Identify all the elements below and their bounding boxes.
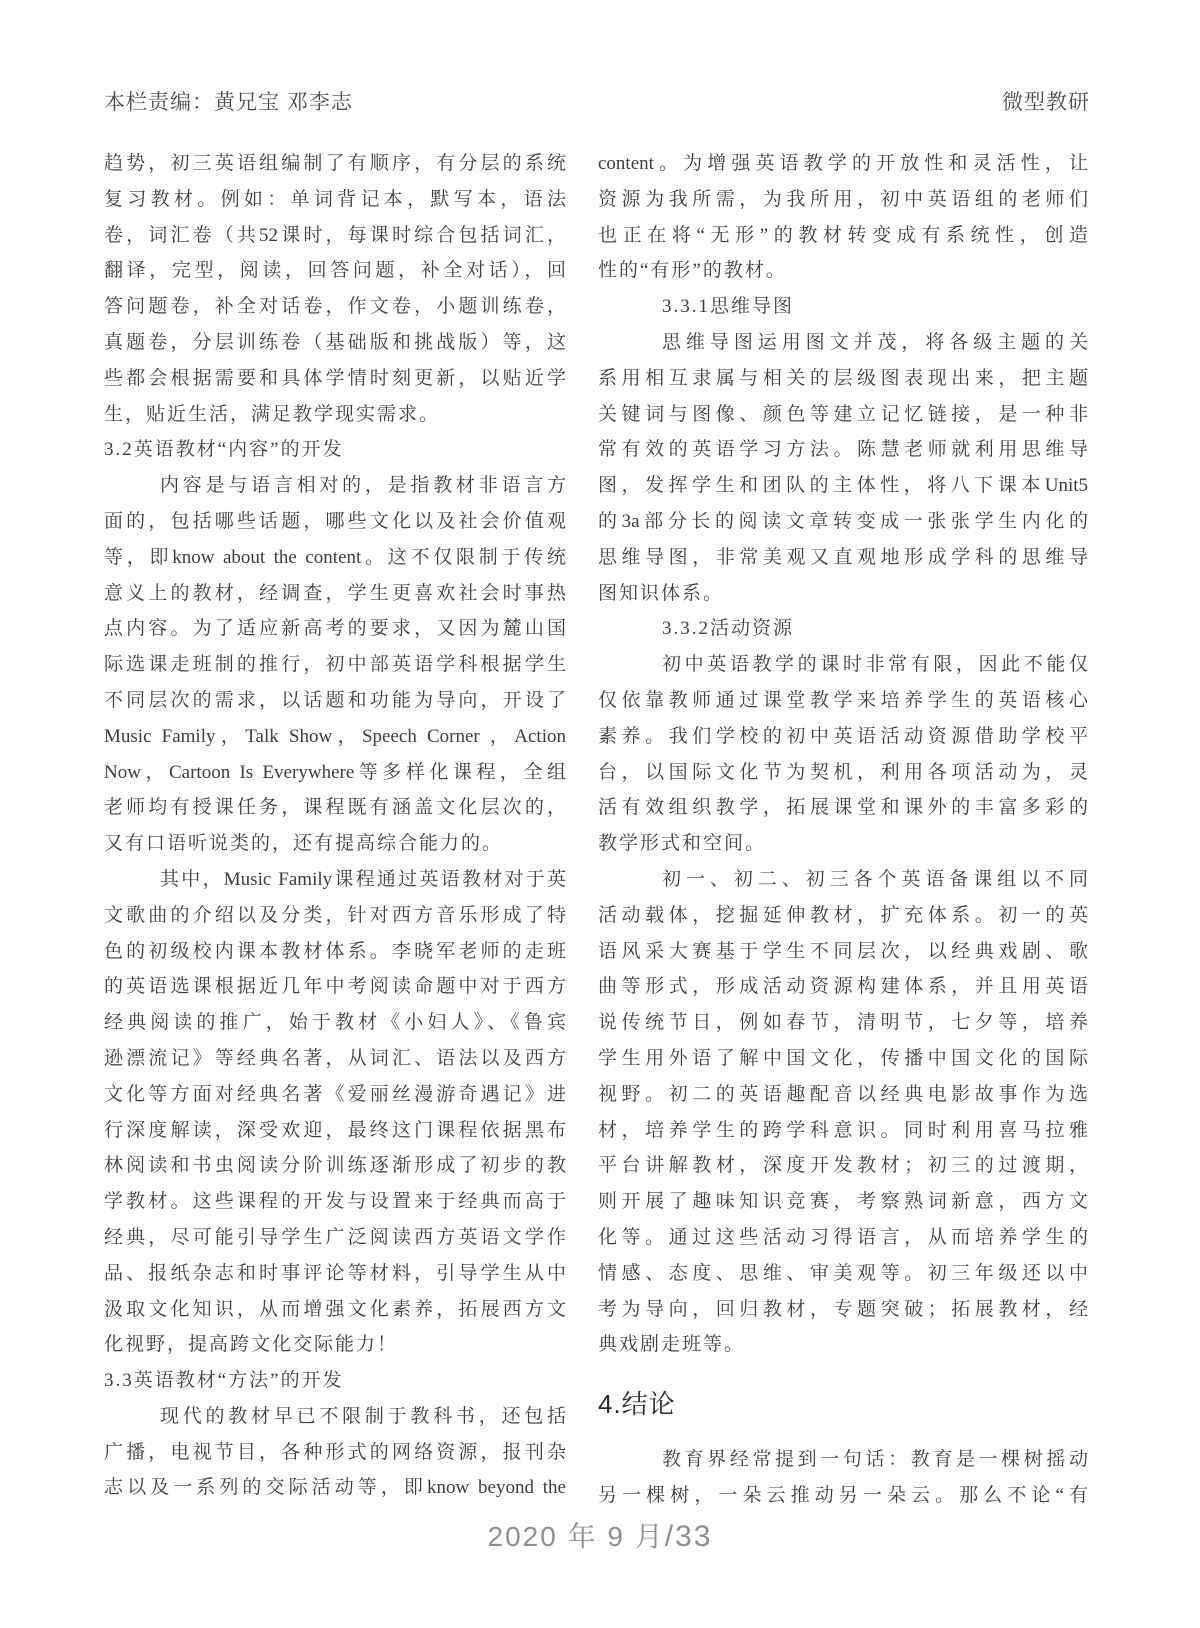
text-line: 复习教材。例如：单词背记本，默写本，语法 bbox=[104, 182, 566, 218]
text-line: 思维导图，非常美观又直观地形成学科的思维导 bbox=[598, 540, 1088, 576]
text-line: 台，以国际文化节为契机，利用各项活动为，灵 bbox=[598, 755, 1088, 791]
text-line: 图知识体系。 bbox=[598, 576, 1088, 612]
right-column: content。为增强英语教学的开放性和灵活性，让资源为我所需，为我所用，初中英… bbox=[598, 146, 1088, 1514]
text-line: 色的初级校内课本教材体系。李晓军老师的走班 bbox=[104, 934, 566, 970]
text-line: content。为增强英语教学的开放性和灵活性，让 bbox=[598, 146, 1088, 182]
text-line: Music Family，Talk Show，Speech Corner ，Ac… bbox=[104, 719, 566, 755]
text-line: 资源为我所需，为我所用，初中英语组的老师们 bbox=[598, 182, 1088, 218]
text-line: 典戏剧走班等。 bbox=[598, 1327, 1088, 1363]
text-line: 常有效的英语学习方法。陈慧老师就利用思维导 bbox=[598, 432, 1088, 468]
text-line: 志以及一系列的交际活动等，即know beyond the bbox=[104, 1470, 566, 1506]
text-line: 点内容。为了适应新高考的要求，又因为麓山国 bbox=[104, 611, 566, 647]
text-line: 情感、态度、思维、审美观等。初三年级还以中 bbox=[598, 1256, 1088, 1292]
text-line: 品、报纸杂志和时事评论等材料，引导学生从中 bbox=[104, 1256, 566, 1292]
text-line: 化视野，提高跨文化交际能力！ bbox=[104, 1327, 566, 1363]
text-line: 关键词与图像、颜色等建立记忆链接，是一种非 bbox=[598, 397, 1088, 433]
text-line: 活动载体，挖掘延伸教材，扩充体系。初一的英 bbox=[598, 898, 1088, 934]
text-line: 逊漂流记》等经典名著，从词汇、语法以及西方 bbox=[104, 1041, 566, 1077]
text-line: 视野。初二的英语趣配音以经典电影故事作为选 bbox=[598, 1077, 1088, 1113]
text-line: 初中英语教学的课时非常有限，因此不能仅 bbox=[598, 647, 1088, 683]
header-editors-label: 本栏责编：黄兄宝 邓李志 bbox=[104, 86, 353, 116]
text-line: 说传统节日，例如春节，清明节，七夕等，培养 bbox=[598, 1005, 1088, 1041]
header-section-label: 微型教研 bbox=[1002, 86, 1090, 116]
text-line: 文歌曲的介绍以及分类，针对西方音乐形成了特 bbox=[104, 898, 566, 934]
footer-date: 2020 年 9 月 bbox=[488, 1521, 665, 1552]
text-line: 答问题卷，补全对话卷，作文卷，小题训练卷， bbox=[104, 289, 566, 325]
text-line: 的英语选课根据近几年中考阅读命题中对于西方 bbox=[104, 969, 566, 1005]
subsection-heading: 3.3.1思维导图 bbox=[598, 289, 1088, 325]
subsection-heading: 3.3.2活动资源 bbox=[598, 611, 1088, 647]
text-line: 不同层次的需求，以话题和功能为导向，开设了 bbox=[104, 683, 566, 719]
text-line: 现代的教材早已不限制于教科书，还包括 bbox=[104, 1399, 566, 1435]
text-line: 趋势，初三英语组编制了有顺序，有分层的系统 bbox=[104, 146, 566, 182]
text-line: 际选课走班制的推行，初中部英语学科根据学生 bbox=[104, 647, 566, 683]
text-line: 学生用外语了解中国文化，传播中国文化的国际 bbox=[598, 1041, 1088, 1077]
text-line: 林阅读和书虫阅读分阶训练逐渐形成了初步的教 bbox=[104, 1148, 566, 1184]
text-line: 面的，包括哪些话题，哪些文化以及社会价值观 bbox=[104, 504, 566, 540]
text-line: 经典阅读的推广，始于教材《小妇人》、《鲁宾 bbox=[104, 1005, 566, 1041]
text-line: 翻译，完型，阅读，回答问题，补全对话），回 bbox=[104, 253, 566, 289]
section-heading: 4.结论 bbox=[598, 1383, 1088, 1425]
text-line: 素养。我们学校的初中英语活动资源借助学校平 bbox=[598, 719, 1088, 755]
text-line: 教育界经常提到一句话：教育是一棵树摇动 bbox=[598, 1442, 1088, 1478]
text-line: 的3a部分长的阅读文章转变成一张张学生内化的 bbox=[598, 504, 1088, 540]
text-line: 又有口语听说类的，还有提高综合能力的。 bbox=[104, 826, 566, 862]
text-line: 汲取文化知识，从而增强文化素养，拓展西方文 bbox=[104, 1292, 566, 1328]
text-line: 些都会根据需要和具体学情时刻更新，以贴近学 bbox=[104, 361, 566, 397]
text-line: 等，即know about the content。这不仅限制于传统 bbox=[104, 540, 566, 576]
text-line: 思维导图运用图文并茂，将各级主题的关 bbox=[598, 325, 1088, 361]
page-header: 本栏责编：黄兄宝 邓李志 微型教研 bbox=[104, 86, 1090, 116]
page-footer: 2020 年 9 月/33 bbox=[0, 1515, 1200, 1555]
text-line: 真题卷，分层训练卷（基础版和挑战版）等，这 bbox=[104, 325, 566, 361]
text-line: 图，发挥学生和团队的主体性，将八下课本Unit5 bbox=[598, 468, 1088, 504]
document-page: 本栏责编：黄兄宝 邓李志 微型教研 趋势，初三英语组编制了有顺序，有分层的系统复… bbox=[0, 0, 1200, 1628]
text-line: Now，Cartoon Is Everywhere等多样化课程，全组 bbox=[104, 755, 566, 791]
text-line: 其中，Music Family课程通过英语教材对于英 bbox=[104, 862, 566, 898]
text-line: 广播，电视节目，各种形式的网络资源，报刊杂 bbox=[104, 1435, 566, 1471]
text-line: 材，培养学生的跨学科意识。同时利用喜马拉雅 bbox=[598, 1113, 1088, 1149]
text-line: 性的“有形”的教材。 bbox=[598, 253, 1088, 289]
text-line: 化等。通过这些活动习得语言，从而培养学生的 bbox=[598, 1220, 1088, 1256]
text-line: 仅依靠教师通过课堂教学来培养学生的英语核心 bbox=[598, 683, 1088, 719]
subsection-heading: 3.3英语教材“方法”的开发 bbox=[104, 1363, 566, 1399]
text-line: 也正在将“无形”的教材转变成有系统性，创造 bbox=[598, 218, 1088, 254]
text-line: 曲等形式，形成活动资源构建体系，并且用英语 bbox=[598, 969, 1088, 1005]
left-column: 趋势，初三英语组编制了有顺序，有分层的系统复习教材。例如：单词背记本，默写本，语… bbox=[104, 146, 566, 1506]
text-line: 老师均有授课任务，课程既有涵盖文化层次的， bbox=[104, 790, 566, 826]
text-line: 卷，词汇卷（共52课时，每课时综合包括词汇， bbox=[104, 218, 566, 254]
text-line: 另一棵树，一朵云推动另一朵云。那么不论“有 bbox=[598, 1478, 1088, 1514]
text-line: 教学形式和空间。 bbox=[598, 826, 1088, 862]
text-line: 活有效组织教学，拓展课堂和课外的丰富多彩的 bbox=[598, 790, 1088, 826]
text-line: 平台讲解教材，深度开发教材；初三的过渡期， bbox=[598, 1148, 1088, 1184]
text-line: 语风采大赛基于学生不同层次，以经典戏剧、歌 bbox=[598, 934, 1088, 970]
text-line: 经典，尽可能引导学生广泛阅读西方英语文学作 bbox=[104, 1220, 566, 1256]
text-line: 内容是与语言相对的，是指教材非语言方 bbox=[104, 468, 566, 504]
text-line: 则开展了趣味知识竞赛，考察熟词新意，西方文 bbox=[598, 1184, 1088, 1220]
subsection-heading: 3.2英语教材“内容”的开发 bbox=[104, 432, 566, 468]
text-line: 初一、初二、初三各个英语备课组以不同 bbox=[598, 862, 1088, 898]
text-line: 文化等方面对经典名著《爱丽丝漫游奇遇记》进 bbox=[104, 1077, 566, 1113]
text-line: 考为导向，回归教材，专题突破；拓展教材，经 bbox=[598, 1292, 1088, 1328]
text-line: 生，贴近生活，满足教学现实需求。 bbox=[104, 397, 566, 433]
text-line: 系用相互隶属与相关的层级图表现出来，把主题 bbox=[598, 361, 1088, 397]
text-line: 意义上的教材，经调查，学生更喜欢社会时事热 bbox=[104, 576, 566, 612]
page-number: /33 bbox=[665, 1520, 713, 1553]
text-line: 学教材。这些课程的开发与设置来于经典而高于 bbox=[104, 1184, 566, 1220]
text-line: 行深度解读，深受欢迎，最终这门课程依据黑布 bbox=[104, 1113, 566, 1149]
